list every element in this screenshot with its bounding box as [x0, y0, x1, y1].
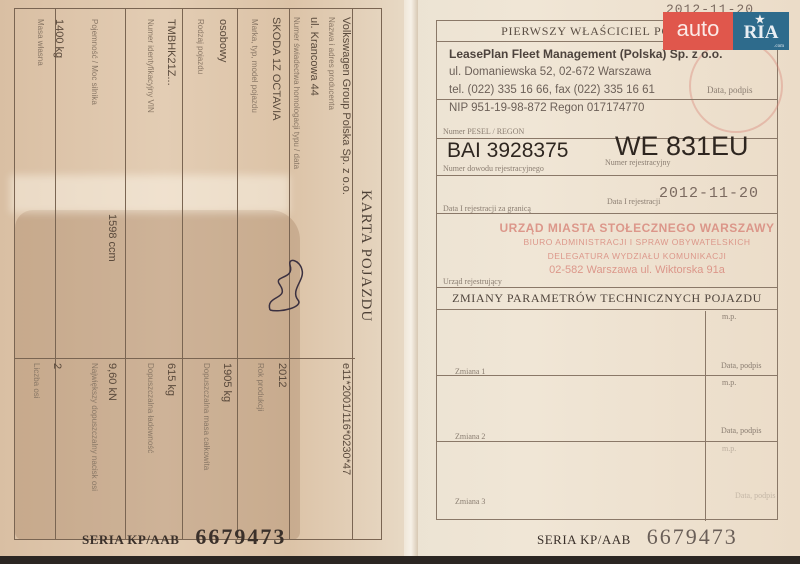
- model-label: Marka, typ, model pojazdu: [250, 19, 259, 113]
- table-edge: [0, 556, 800, 564]
- owner-ids: NIP 951-19-98-872 Regon 017174770: [449, 99, 722, 117]
- change-1-date-label: Data, podpis: [721, 361, 761, 370]
- year-value: 2012: [276, 363, 288, 387]
- payload-label: Dopuszczalna ładowność: [146, 363, 155, 453]
- curb-weight-value: 1400 kg: [53, 19, 65, 58]
- change-3-date-label: Data, podpis: [735, 491, 775, 500]
- book-spine: [404, 0, 418, 564]
- series-right: SERIA KP/AAB 6679473: [537, 524, 738, 550]
- year-label: Rok produkcji: [256, 363, 265, 411]
- vehicle-type-value: osobowy: [217, 19, 229, 62]
- manufacturer-address: ul. Krancowa 44: [308, 17, 320, 96]
- registering-office-label: Urząd rejestrujący: [443, 277, 502, 286]
- change-2-label: Zmiana 2: [455, 432, 485, 441]
- change-1-stamp-label: m.p.: [722, 312, 736, 321]
- series-number: 6679473: [195, 524, 286, 549]
- axle-load-label: Największy dopuszczalny nacisk osi: [90, 363, 99, 491]
- logo-auto: auto: [663, 12, 733, 50]
- vehicle-data-table: Volkswagen Group Polska Sp. z o.o. Nazwa…: [14, 8, 382, 540]
- series-left: SERIA KP/AAB 6679473: [82, 524, 286, 550]
- changes-heading: ZMIANY PARAMETRÓW TECHNICZNYCH POJAZDU: [437, 291, 777, 306]
- autoria-watermark: auto ★ RIA .com: [663, 12, 789, 54]
- plate-label: Numer rejestracyjny: [605, 158, 671, 167]
- vehicle-type-label: Rodzaj pojazdu: [196, 19, 205, 74]
- change-3-stamp-label: m.p.: [722, 444, 736, 453]
- document-title: KARTA POJAZDU: [357, 190, 374, 322]
- owner-phone: tel. (022) 335 16 66, fax (022) 335 16 6…: [449, 81, 722, 99]
- axle-count-label: Liczba osi: [32, 363, 41, 399]
- engine-label: Pojemność / Moc silnika: [90, 19, 99, 105]
- homologation-label: Numer świadectwa homologacji typu / data: [292, 17, 301, 169]
- stamp-line-4: 02-582 Warszawa ul. Wiktorska 91a: [492, 263, 782, 277]
- gross-weight-value: 1905 kg: [221, 363, 233, 402]
- vin-label: Numer identyfikacyjny VIN: [146, 19, 155, 113]
- first-reg-abroad-label: Data I rejestracji za granicą: [443, 204, 531, 213]
- first-reg-value: 2012-11-20: [659, 185, 759, 202]
- logo-suffix: .com: [774, 44, 784, 49]
- registration-doc-value: BAI 3928375: [447, 139, 568, 163]
- curb-weight-label: Masa własna: [36, 19, 45, 66]
- model-value: SKODA 1Z OCTAVIA: [270, 17, 282, 121]
- stamp-line-3: DELEGATURA WYDZIAŁU KOMUNIKACJI: [492, 249, 782, 263]
- gross-weight-label: Dopuszczalna masa całkowita: [202, 363, 211, 470]
- signature-icon: [260, 255, 310, 315]
- registration-form: PIERWSZY WŁAŚCICIEL POJAZDU LeasePlan Fl…: [436, 20, 778, 520]
- left-page: Volkswagen Group Polska Sp. z o.o. Nazwa…: [0, 0, 412, 564]
- series-label: SERIA KP/AAB: [82, 532, 179, 547]
- vin-value: TMBHK21Z...: [165, 19, 177, 86]
- first-owner-details: LeasePlan Fleet Management (Polska) Sp. …: [449, 45, 722, 117]
- payload-value: 615 kg: [165, 363, 177, 396]
- axle-count-value: 2: [51, 363, 63, 369]
- stamp-line-2: BIURO ADMINISTRACJI I SPRAW OBYWATELSKIC…: [492, 235, 782, 249]
- logo-ria: ★ RIA .com: [733, 12, 789, 50]
- manufacturer-value: Volkswagen Group Polska Sp. z o.o.: [340, 17, 352, 195]
- series-label: SERIA KP/AAB: [537, 532, 631, 547]
- owner-address: ul. Domaniewska 52, 02-672 Warszawa: [449, 63, 722, 81]
- manufacturer-label: Nazwa i adres producenta: [327, 17, 336, 110]
- stamp-line-1: URZĄD MIASTA STOŁECZNEGO WARSZAWY: [492, 221, 782, 235]
- change-2-stamp-label: m.p.: [722, 378, 736, 387]
- star-icon: ★: [755, 13, 765, 26]
- first-reg-label: Data I rejestracji: [607, 197, 660, 206]
- engine-capacity-value: 1598 ccm: [106, 214, 118, 262]
- change-2-date-label: Data, podpis: [721, 426, 761, 435]
- series-number: 6679473: [647, 524, 738, 549]
- registration-doc-label: Numer dowodu rejestracyjnego: [443, 164, 544, 173]
- pesel-regon-label: Numer PESEL / REGON: [443, 127, 524, 136]
- homologation-value: e11*2001/116*0230*47: [340, 363, 352, 475]
- change-3-label: Zmiana 3: [455, 497, 485, 506]
- axle-load-value: 9,60 kN: [106, 363, 118, 401]
- owner-date-signature-label: Data, podpis: [707, 85, 753, 95]
- office-stamp: URZĄD MIASTA STOŁECZNEGO WARSZAWY BIURO …: [492, 221, 782, 277]
